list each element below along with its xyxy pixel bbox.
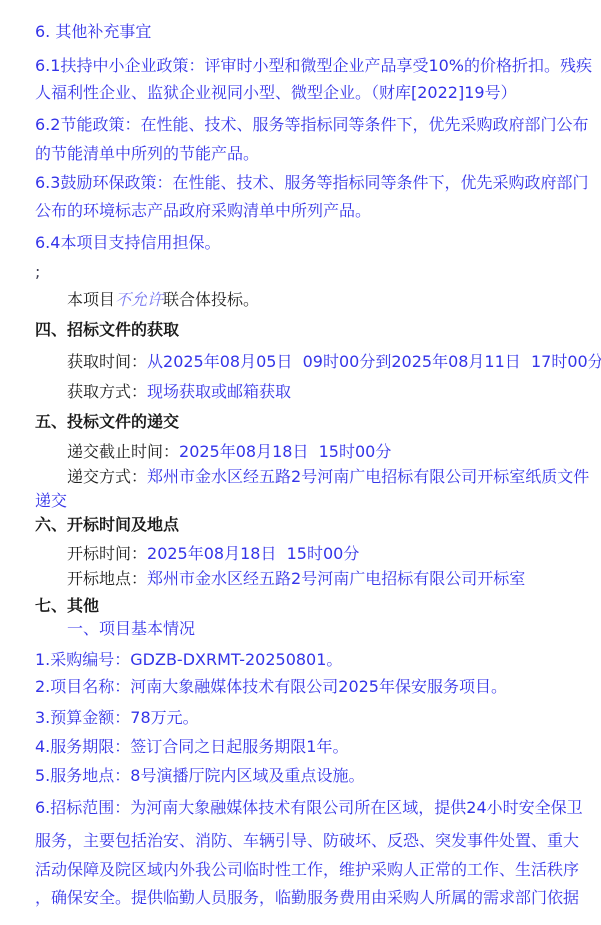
text-segment: 现场获取或邮箱获取: [147, 382, 291, 401]
text-segment: 5.服务地点：8号演播厅院内区域及重点设施。: [35, 766, 364, 785]
text-segment: 2025年08月18日 15时00分: [179, 442, 391, 461]
policy-6-4-credit-guarantee: 6.4本项目支持信用担保。: [35, 234, 220, 252]
text-segment: 6.招标范围：为河南大象融媒体技术有限公司所在区域，提供24小时安全保卫: [35, 798, 583, 817]
text-segment: 的节能清单中所列的节能产品。: [35, 144, 259, 163]
submission-method-line-2: 递交: [35, 492, 67, 510]
heading-6-other-supplementary: 6. 其他补充事宜: [35, 23, 151, 41]
item-5-service-location: 5.服务地点：8号演播厅院内区域及重点设施。: [35, 767, 364, 785]
text-segment: 联合体投标。: [163, 290, 259, 309]
text-segment: 3.预算金额：78万元。: [35, 708, 199, 727]
policy-6-2-line-2: 的节能清单中所列的节能产品。: [35, 145, 259, 163]
text-segment: 郑州市金水区经五路2号河南广电招标有限公司开标室: [147, 569, 525, 588]
obtain-method-line: 获取方式：现场获取或邮箱获取: [67, 383, 291, 401]
consortium-bidding-statement: 本项目不允许联合体投标。: [67, 291, 259, 309]
item-1-procurement-number: 1.采购编号：GDZB-DXRMT-20250801。: [35, 651, 342, 669]
text-segment: 开标地点：: [67, 569, 147, 588]
text-segment: 活动保障及院区域内外我公司临时性工作，维护采购人正常的工作、生活秩序: [35, 860, 579, 879]
text-segment: 4.服务期限：签订合同之日起服务期限1年。: [35, 737, 348, 756]
text-segment: 获取方式：: [67, 382, 147, 401]
text-segment: ，确保安全。提供临勤人员服务，临勤服务费用由采购人所属的需求部门依据: [35, 888, 579, 907]
policy-6-1-line-2: 人福利性企业、监狱企业视同小型、微型企业。（财库[2022]19号）: [35, 84, 517, 102]
opening-place-line: 开标地点：郑州市金水区经五路2号河南广电招标有限公司开标室: [67, 570, 525, 588]
text-segment: 人福利性企业、监狱企业视同小型、微型企业。（财库[2022]19号）: [35, 83, 517, 102]
text-segment: 6.4本项目支持信用担保。: [35, 233, 220, 252]
text-segment: 6.1扶持中小企业政策：评审时小型和微型企业产品享受10%的价格折扣。残疾: [35, 56, 592, 75]
item-6-bid-scope-line-3: 活动保障及院区域内外我公司临时性工作，维护采购人正常的工作、生活秩序: [35, 861, 579, 879]
policy-6-1-line-1: 6.1扶持中小企业政策：评审时小型和微型企业产品享受10%的价格折扣。残疾: [35, 57, 592, 75]
text-segment: 开标时间：: [67, 544, 147, 563]
text-segment: 递交方式：: [67, 467, 147, 486]
policy-6-3-line-2: 公布的环境标志产品政府采购清单中所列产品。: [35, 202, 371, 220]
item-2-project-name: 2.项目名称：河南大象融媒体技术有限公司2025年保安服务项目。: [35, 678, 507, 696]
text-segment: 6.2节能政策：在性能、技术、服务等指标同等条件下，优先采购政府部门公布: [35, 115, 588, 134]
text-segment: 获取时间：: [67, 352, 147, 371]
text-segment: 七、其他: [35, 596, 99, 615]
submission-deadline-line: 递交截止时间：2025年08月18日 15时00分: [67, 443, 391, 461]
text-segment: 2025年08月18日 15时00分: [147, 544, 359, 563]
text-segment: 6.3鼓励环保政策：在性能、技术、服务等指标同等条件下，优先采购政府部门: [35, 173, 588, 192]
stray-semicolon: ;: [35, 263, 40, 281]
text-segment: 六、开标时间及地点: [35, 515, 179, 534]
text-segment: 郑州市金水区经五路2号河南广电招标有限公司开标室纸质文件: [147, 467, 589, 486]
text-segment: 服务，主要包括治安、消防、车辆引导、防破坏、反恐、突发事件处置、重大: [35, 831, 579, 850]
text-segment: 公布的环境标志产品政府采购清单中所列产品。: [35, 201, 371, 220]
text-segment: 一、项目基本情况: [67, 619, 195, 638]
text-segment: 从2025年08月05日 09时00分到2025年08月11日 17时00分: [147, 352, 601, 371]
obtain-time-line: 获取时间：从2025年08月05日 09时00分到2025年08月11日 17时…: [67, 353, 601, 371]
item-6-bid-scope-line-2: 服务，主要包括治安、消防、车辆引导、防破坏、反恐、突发事件处置、重大: [35, 832, 579, 850]
item-4-service-period: 4.服务期限：签订合同之日起服务期限1年。: [35, 738, 348, 756]
heading-section-4-document-obtain: 四、招标文件的获取: [35, 321, 179, 339]
text-segment: 6. 其他补充事宜: [35, 22, 151, 41]
item-3-budget-amount: 3.预算金额：78万元。: [35, 709, 199, 727]
text-segment: 递交: [35, 491, 67, 510]
item-6-bid-scope-line-1: 6.招标范围：为河南大象融媒体技术有限公司所在区域，提供24小时安全保卫: [35, 799, 583, 817]
heading-section-7-other: 七、其他: [35, 597, 99, 615]
text-segment: 四、招标文件的获取: [35, 320, 179, 339]
subheading-project-basic-info: 一、项目基本情况: [67, 620, 195, 638]
text-segment: 1.采购编号：GDZB-DXRMT-20250801。: [35, 650, 342, 669]
text-segment: 2.项目名称：河南大象融媒体技术有限公司2025年保安服务项目。: [35, 677, 507, 696]
heading-section-5-bid-submission: 五、投标文件的递交: [35, 413, 179, 431]
tender-document-page: 6. 其他补充事宜6.1扶持中小企业政策：评审时小型和微型企业产品享受10%的价…: [0, 0, 601, 925]
text-segment: 不允许: [115, 290, 163, 309]
policy-6-2-line-1: 6.2节能政策：在性能、技术、服务等指标同等条件下，优先采购政府部门公布: [35, 116, 588, 134]
text-segment: 本项目: [67, 290, 115, 309]
text-segment: 五、投标文件的递交: [35, 412, 179, 431]
text-segment: 递交截止时间：: [67, 442, 179, 461]
opening-time-line: 开标时间：2025年08月18日 15时00分: [67, 545, 359, 563]
text-segment: ;: [35, 262, 40, 281]
policy-6-3-line-1: 6.3鼓励环保政策：在性能、技术、服务等指标同等条件下，优先采购政府部门: [35, 174, 588, 192]
heading-section-6-bid-opening: 六、开标时间及地点: [35, 516, 179, 534]
submission-method-line-1: 递交方式：郑州市金水区经五路2号河南广电招标有限公司开标室纸质文件: [67, 468, 589, 486]
item-6-bid-scope-line-4: ，确保安全。提供临勤人员服务，临勤服务费用由采购人所属的需求部门依据: [35, 889, 579, 907]
